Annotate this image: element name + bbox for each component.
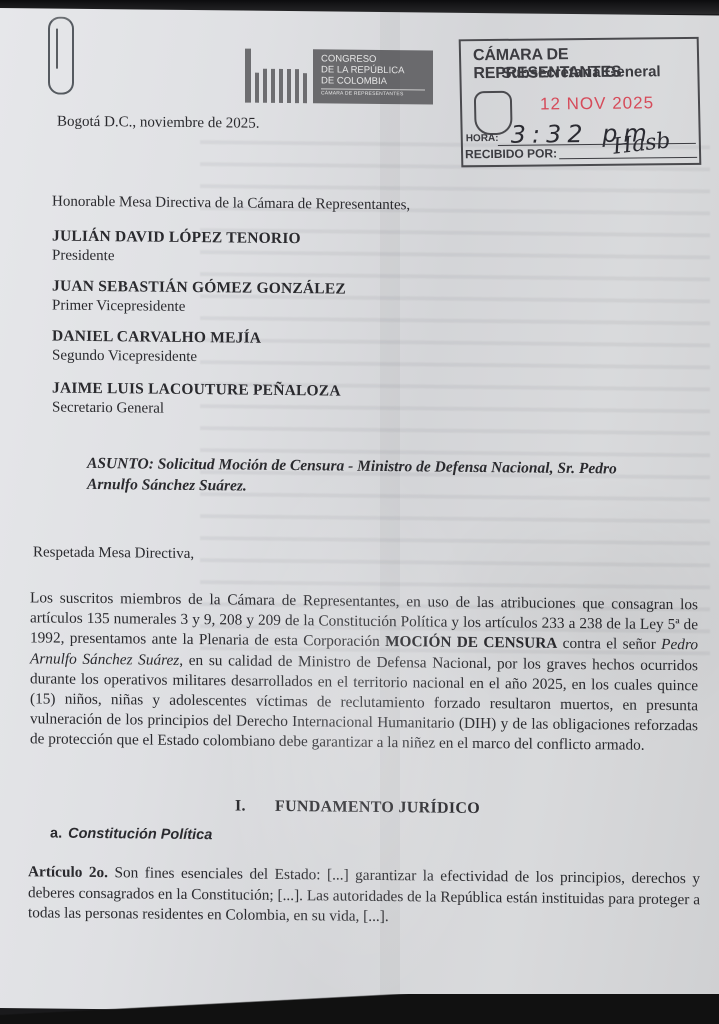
reception-stamp: CÁMARA DE REPRESENTANTES Subsecretaria G… (459, 37, 702, 168)
officer-role: Presidente (52, 247, 301, 269)
logo-line-3: de Colombia (321, 75, 425, 87)
body-text-2: contra el señor (557, 635, 661, 653)
officer-role: Segundo Vicepresidente (52, 347, 261, 368)
subsection-title: Constitución Política (68, 826, 212, 844)
logo-text-box: Congreso de la República de Colombia Cám… (313, 49, 433, 104)
officer-name: JULIÁN DAVID LÓPEZ TENORIO (52, 227, 301, 250)
article-label: Artículo 2o. (28, 863, 108, 881)
stamp-recibido-label: RECIBIDO POR: (465, 146, 557, 161)
stamp-signature: Hasb (612, 128, 672, 159)
photo-bottom-edge (0, 994, 719, 1024)
stamp-hora-label: HORA: (466, 133, 499, 144)
officer-name: DANIEL CARVALHO MEJÍA (52, 327, 261, 349)
salutation: Respetada Mesa Directiva, (33, 543, 194, 564)
officer-role: Secretario General (52, 399, 341, 421)
stamp-date: 12 NOV 2025 (540, 93, 654, 114)
article-text: Son fines esenciales del Estado: [...] g… (28, 864, 700, 925)
congress-logo: Congreso de la República de Colombia Cám… (245, 49, 433, 105)
officer-role: Primer Vicepresidente (52, 297, 346, 319)
subject-line: ASUNTO: Solicitud Moción de Censura - Mi… (87, 453, 667, 501)
coat-of-arms-icon (474, 91, 513, 135)
paperclip-icon (48, 17, 74, 95)
article-paragraph: Artículo 2o. Son fines esenciales del Es… (28, 862, 700, 931)
officer-block: JULIÁN DAVID LÓPEZ TENORIO Presidente (52, 227, 301, 269)
stamp-subtitle: Subsecretaria General (501, 63, 661, 82)
officer-block: JAIME LUIS LACOUTURE PEÑALOZA Secretario… (52, 379, 341, 421)
logo-subline: Cámara de Representantes (321, 88, 425, 98)
section-number: I. (235, 796, 275, 815)
subsection-letter: a. (50, 826, 62, 842)
place-date: Bogotá D.C., noviembre de 2025. (57, 113, 259, 134)
body-bold-motion: MOCIÓN DE CENSURA (385, 633, 557, 652)
subsection-heading: a.Constitución Política (50, 825, 212, 846)
capitol-columns-icon (245, 49, 307, 104)
document-page: Congreso de la República de Colombia Cám… (0, 8, 719, 1016)
addressee: Honorable Mesa Directiva de la Cámara de… (52, 193, 410, 216)
body-paragraph: Los suscritos miembros de la Cámara de R… (30, 588, 698, 757)
section-heading: I.FUNDAMENTO JURÍDICO (235, 796, 480, 818)
officer-block: DANIEL CARVALHO MEJÍA Segundo Vicepresid… (52, 327, 261, 368)
section-title: FUNDAMENTO JURÍDICO (275, 798, 480, 817)
officer-block: JUAN SEBASTIÁN GÓMEZ GONZÁLEZ Primer Vic… (52, 277, 346, 319)
